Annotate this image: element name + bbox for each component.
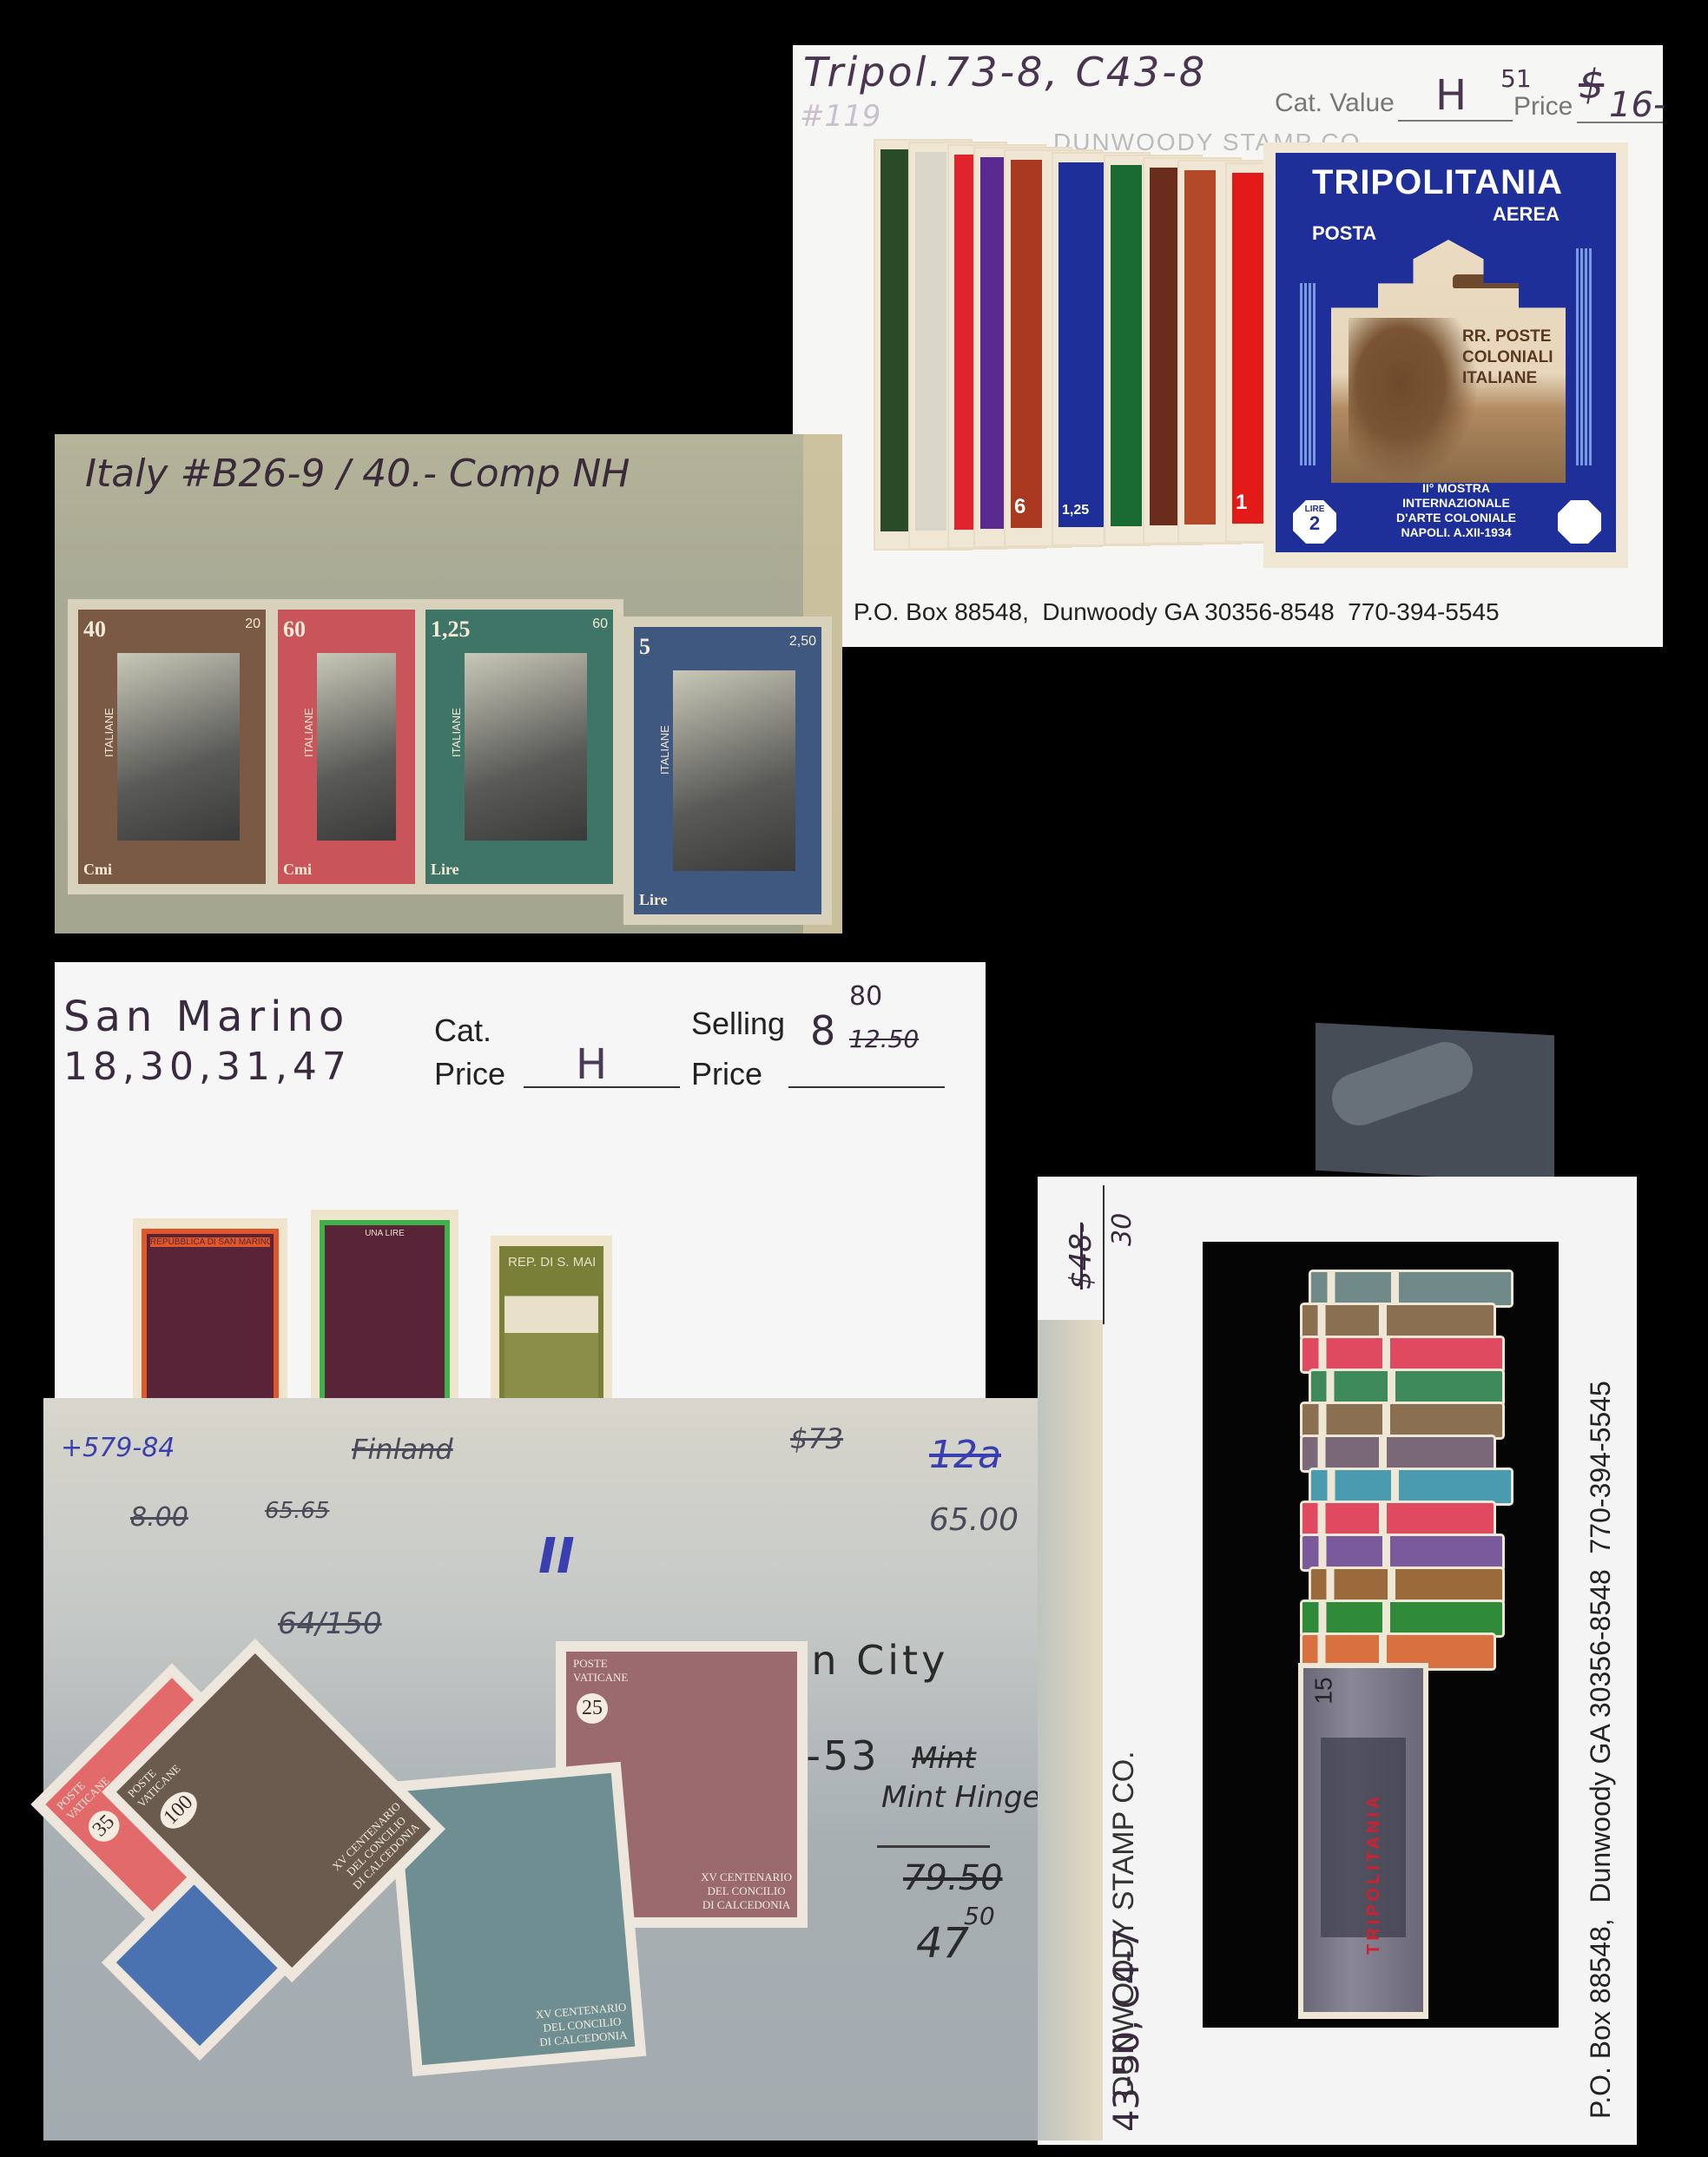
vatican-glassine-envelope: +579-84 Finland 8.00 65.65 $73 12a 65.00…	[43, 1398, 1098, 2141]
san-marino-stamp: REP. DI S. MARINO	[491, 1236, 612, 1405]
italy-stamp: 1,25Lire60ITALIANE	[415, 599, 623, 894]
san-marino-stamp-set: REPUBBLICA DI SAN MARINOUNA LIREREP. DI …	[133, 1210, 914, 1405]
sm-price-label: Price	[434, 1056, 505, 1092]
vatican-condition: Mint Hinged	[881, 1780, 1059, 1815]
caption-line: II° MOSTRA	[1369, 481, 1543, 496]
vatican-stamp-set: POSTE VATICANE35POSTE VATICANE25XV CENTE…	[69, 1641, 886, 2127]
italy-stamp-unit: Lire	[431, 861, 459, 879]
italy-stamp-country: ITALIANE	[658, 725, 671, 775]
italy-stamp-frame: 5Lire2,50ITALIANE	[634, 627, 821, 914]
overprint-line: ITALIANE	[1462, 368, 1553, 389]
vertical-price-value: 30	[1107, 1213, 1138, 1246]
sm-selling-underline	[788, 1086, 945, 1088]
italy-stamp-vignette	[673, 670, 795, 871]
stamp-strip	[1311, 1569, 1502, 1602]
italy-stamp-value: 1,25	[431, 617, 471, 643]
vatican-note-blue-1: +579-84	[61, 1433, 175, 1463]
vatican-note-65-00: 65.00	[929, 1502, 1019, 1538]
cat-value-underline	[1398, 120, 1513, 122]
overprint-line: RR. POSTE	[1462, 327, 1553, 347]
vatican-note-73: $73	[790, 1422, 843, 1455]
fanned-stamp-color	[915, 152, 946, 531]
italy-stamp-value: 5	[639, 634, 650, 660]
san-marino-stamp-header: UNA LIRE	[328, 1229, 441, 1238]
italy-stamp-country: ITALIANE	[450, 708, 463, 757]
grey-mount-tab	[1316, 1023, 1554, 1183]
stamp-aerea: AEREA	[1493, 203, 1560, 226]
stamp-strip	[1302, 1305, 1494, 1338]
sm-cat-price-value: H	[576, 1040, 607, 1089]
vignette-scene	[1321, 1738, 1406, 1937]
vatican-envelope-overlap-edge	[1038, 1320, 1103, 2141]
tab-reflection	[1324, 1035, 1480, 1132]
san-marino-stamp: UNA LIRE	[311, 1210, 458, 1405]
stamp-strip	[1302, 1503, 1494, 1536]
italy-stamp-vignette	[465, 653, 587, 841]
italy-stamp: 40Cmi20ITALIANE	[68, 599, 276, 894]
fanned-stamp-color	[1232, 173, 1263, 524]
san-marino-stamp-frame: REP. DI S. MARINO	[499, 1246, 603, 1405]
stamp-overprint: RR. POSTE COLONIALI ITALIANE	[1462, 327, 1553, 389]
sm-handwritten-numbers: 18,30,31,47	[63, 1045, 352, 1089]
black-stamp-mount: TRIPOLITANIA 15	[1203, 1242, 1559, 2028]
vatican-stamp-value: 25	[577, 1693, 608, 1724]
card-address: P.O. Box 88548, Dunwoody GA 30356-8548 7…	[854, 598, 1500, 626]
italy-stamp-unit: Cmi	[283, 861, 312, 879]
vatican-stamp-legend: XV CENTENARIODEL CONCILIODI CALCEDONIA	[701, 1870, 792, 1912]
price-label: Price	[1513, 92, 1573, 122]
san-marino-stamp-header: REP. DI S. MARINO	[508, 1255, 595, 1270]
fanned-stamp-value: 1,25	[1062, 503, 1089, 518]
vatican-note-12a: 12a	[929, 1433, 1001, 1477]
stamp-strip	[1302, 1602, 1502, 1635]
italy-stamp: 5Lire2,50ITALIANE	[623, 617, 832, 925]
vatican-divider	[877, 1845, 990, 1848]
san-marino-stamp-frame: UNA LIRE	[320, 1220, 450, 1405]
sm-selling-value-super: 80	[849, 981, 882, 1012]
card-handwritten-title: Tripol.73-8, C43-8	[803, 49, 1207, 96]
overprint-line: COLONIALI	[1462, 347, 1553, 368]
italy-stamp-value: 40	[83, 617, 106, 643]
italy-stamp-set: 40Cmi20ITALIANE60CmiITALIANE1,25Lire60IT…	[68, 599, 832, 929]
italy-glassine-envelope: Italy #B26-9 / 40.- Comp NH 40Cmi20ITALI…	[55, 434, 842, 933]
fanned-stamp-color	[1111, 165, 1142, 526]
tripolitania-overprint: TRIPOLITANIA	[1364, 1792, 1384, 1955]
cat-value-label: Cat. Value	[1275, 89, 1395, 118]
fanned-stamp-value: 6	[1014, 495, 1025, 519]
vatican-struck-word: Mint	[912, 1741, 976, 1776]
italy-stamp-unit: Lire	[639, 891, 668, 909]
airplane-illustration	[1453, 274, 1531, 288]
san-marino-dealer-card: San Marino 18,30,31,47 Cat. Price H Sell…	[55, 962, 986, 1405]
denomination-value: 2	[1293, 514, 1336, 533]
sm-selling-label: Selling	[691, 1006, 785, 1042]
stamp-strip	[1302, 1437, 1494, 1470]
italy-stamp-country: ITALIANE	[302, 708, 315, 757]
vatican-stamp-value: 35	[82, 1804, 126, 1848]
fanned-stamp-value: 1	[1236, 491, 1247, 515]
price-struck: $	[1579, 61, 1604, 108]
tripoli-vertical-dealer-card: DUNWOODY STAMP CO. P.O. Box 88548, Dunwo…	[1038, 1177, 1637, 2145]
camel-riders-illustration	[1349, 318, 1479, 483]
stamp-value: 15	[1310, 1677, 1338, 1704]
fanned-stamp-color	[1011, 160, 1042, 528]
arabic-emblem-icon	[1558, 500, 1601, 544]
stamp-strip	[1302, 1404, 1502, 1437]
vatican-new-price: 47	[916, 1919, 969, 1968]
vatican-stamp-label: POSTE VATICANE	[573, 1657, 643, 1685]
vertical-address: P.O. Box 88548, Dunwoody GA 30356-8548 7…	[1585, 1381, 1617, 2119]
italy-stamp-unit: Cmi	[83, 861, 112, 879]
caption-line: INTERNAZIONALE	[1369, 496, 1543, 511]
vatican-new-price-super: 50	[964, 1902, 995, 1930]
sm-selling-price-label: Price	[691, 1056, 762, 1092]
fanned-stamp-color	[1150, 168, 1181, 525]
vertical-price-struck: $48-	[1064, 1223, 1098, 1290]
vatican-note-finland: Finland	[352, 1433, 453, 1466]
italy-stamp-vignette	[317, 653, 396, 841]
italy-stamp-surcharge: 20	[245, 617, 260, 632]
tripolitania-dealer-card: Tripol.73-8, C43-8 #119 Cat. Value H 51 …	[793, 45, 1663, 647]
san-marino-stamp-frame: REPUBBLICA DI SAN MARINO	[142, 1229, 279, 1405]
stamp-strip	[1302, 1536, 1502, 1569]
stamp-posta: POSTA	[1312, 222, 1376, 245]
vatican-note-64-150: 64/150	[278, 1606, 382, 1641]
italy-stamp-frame: 60CmiITALIANE	[278, 610, 422, 884]
sm-selling-value: 8	[810, 1007, 835, 1054]
stamp-strip	[1311, 1470, 1511, 1503]
italy-stamp-surcharge: 2,50	[789, 634, 816, 650]
cat-value: H	[1435, 71, 1467, 120]
vatican-stamp-legend: XV CENTENARIODEL CONCILIODI CALCEDONIA	[535, 2000, 630, 2049]
caption-line: NAPOLI. A.XII-1934	[1369, 525, 1543, 540]
vertical-handwritten-numbers: 43-50, C4-7	[1107, 1928, 1147, 2132]
caption-line: D'ARTE COLONIALE	[1369, 511, 1543, 525]
stamp-strip	[1311, 1371, 1502, 1404]
stamp-country: TRIPOLITANIA	[1312, 163, 1563, 202]
italy-stamp-frame: 40Cmi20ITALIANE	[78, 610, 266, 884]
italy-handwritten-note: Italy #B26-9 / 40.- Comp NH	[85, 452, 630, 496]
fanned-stamp-color	[1184, 170, 1216, 524]
italy-stamp-value: 60	[283, 617, 306, 643]
sm-handwritten-title: San Marino	[63, 993, 349, 1041]
card-faint-note: #119	[800, 99, 880, 134]
tripolitania-airmail-stamp: TRIPOLITANIA POSTA AEREA RR. POSTE COLON…	[1263, 142, 1628, 568]
sm-selling-struck: 12.50	[849, 1025, 919, 1053]
italy-stamp-surcharge: 60	[592, 617, 608, 632]
denomination-badge: LIRE 2	[1293, 500, 1336, 544]
italy-stamp-vignette	[117, 653, 240, 841]
italy-stamp-frame: 1,25Lire60ITALIANE	[425, 610, 613, 884]
stamp-strip	[1302, 1338, 1502, 1371]
fasces-right-icon	[1576, 248, 1592, 465]
vertical-price-line	[1103, 1185, 1105, 1324]
sm-cat-label: Cat.	[434, 1013, 491, 1049]
cat-value-note: 51	[1500, 64, 1532, 93]
vatican-note-8: 8.00	[130, 1502, 188, 1533]
vatican-note-65: 65.65	[265, 1498, 329, 1524]
fanned-stamp-color	[880, 149, 912, 531]
stamp-caption: II° MOSTRA INTERNAZIONALE D'ARTE COLONIA…	[1369, 481, 1543, 540]
italy-stamp: 60CmiITALIANE	[267, 599, 432, 894]
stamp-strip	[1311, 1272, 1511, 1305]
vatican-old-price: 79.50	[903, 1858, 1003, 1898]
fasces-left-icon	[1300, 283, 1316, 465]
stamp-frame: TRIPOLITANIA 15	[1303, 1668, 1423, 2012]
italy-stamp-country: ITALIANE	[102, 708, 115, 757]
price-value: 16-	[1609, 85, 1665, 125]
virgil-overprinted-stamp: TRIPOLITANIA 15	[1298, 1663, 1428, 2019]
stamp-frame: TRIPOLITANIA POSTA AEREA RR. POSTE COLON…	[1276, 153, 1616, 552]
vatican-note-roman-ii: II	[538, 1528, 575, 1585]
san-marino-stamp-header: REPUBBLICA DI SAN MARINO	[150, 1237, 270, 1247]
san-marino-stamp: REPUBBLICA DI SAN MARINO	[133, 1218, 287, 1405]
